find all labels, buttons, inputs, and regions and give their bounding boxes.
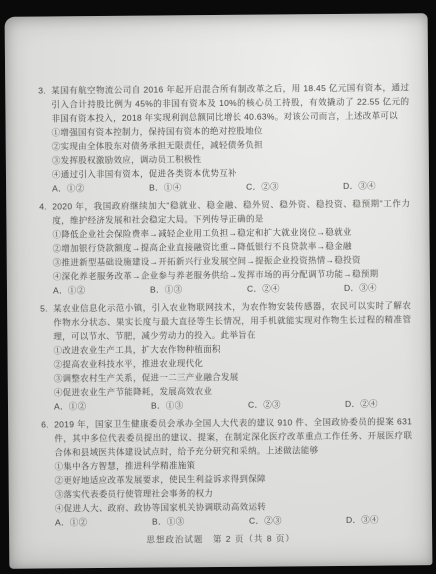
answer-choices: A．①② B．①③ C．②③ D．③④ — [55, 512, 413, 529]
choice-a: A．①② — [55, 515, 152, 530]
question-items: ①增强国有资本控制力，保持国有资本的绝对控股地位 ②实现由全体股东对债务承担无限… — [52, 122, 410, 181]
question-5: 5. 某农业信息化示范小镇，引入农业物联网技术，为农作物安装传感器，农民可以实时… — [40, 298, 412, 413]
choice-c: C．②④ — [247, 281, 344, 296]
exam-paper-page: 3. 某国有航空物流公司自 2016 年起开启混合所有制改革之后，用 18.45… — [5, 13, 433, 569]
question-stem: 2020 年，我国政府继续加大“稳就业、稳金融、稳外贸、稳外资、稳投资、稳预期”… — [52, 196, 410, 227]
choice-d: D．③④ — [344, 281, 377, 295]
choice-c: C．②③ — [249, 513, 346, 528]
question-items: ①降低企业社会保险费率→减轻企业用工负担→稳定和扩大就业岗位→稳就业 ②增加银行… — [52, 224, 410, 283]
question-number: 6. — [41, 417, 49, 431]
question-items: ①集中各方智慧，推进科学精准施策 ②更好地适应改革发展要求，使民生利益诉求得到保… — [54, 456, 412, 515]
answer-choices: A．①② B．①④ C．②③ D．③④ — [52, 178, 410, 195]
question-stem: 某国有航空物流公司自 2016 年起开启混合所有制改革之后，用 18.45 亿元… — [51, 80, 409, 125]
choice-c: C．②③ — [246, 179, 343, 194]
choice-b: B．①④ — [149, 180, 246, 195]
question-number: 4. — [39, 199, 47, 213]
answer-choices: A．①② B．①③ C．②④ D．③④ — [53, 280, 411, 297]
photo-background: 3. 某国有航空物流公司自 2016 年起开启混合所有制改革之后，用 18.45… — [0, 0, 436, 574]
choice-b: B．①③ — [150, 282, 247, 297]
question-items: ①改进农业生产工具，扩大农作物种植面积 ②提高农业科技水平，推进农业现代化 ③调… — [53, 340, 411, 399]
choice-a: A．①② — [53, 283, 150, 298]
choice-b: B．①③ — [152, 514, 249, 529]
question-4: 4. 2020 年，我国政府继续加大“稳就业、稳金融、稳外贸、稳外资、稳投资、稳… — [39, 196, 411, 297]
answer-choices: A．①② B．①③ C．②③ D．②④ — [54, 396, 412, 413]
question-stem: 某农业信息化示范小镇，引入农业物联网技术，为农作物安装传感器，农民可以实时了解农… — [53, 298, 411, 343]
choice-d: D．②④ — [345, 397, 378, 411]
choice-b: B．①③ — [151, 398, 248, 413]
page-footer: 思想政治试题 第 2 页（共 8 页） — [9, 531, 432, 547]
page-content: 3. 某国有航空物流公司自 2016 年起开启混合所有制改革之后，用 18.45… — [38, 80, 413, 533]
choice-a: A．①② — [52, 181, 149, 196]
choice-a: A．①② — [54, 399, 151, 414]
choice-d: D．③④ — [346, 513, 379, 527]
choice-d: D．③④ — [343, 179, 376, 193]
choice-c: C．②③ — [248, 397, 345, 412]
question-number: 3. — [38, 83, 46, 97]
question-stem: 2019 年，国家卫生健康委员会承办全国人大代表的建议 910 件、全国政协委员… — [54, 414, 412, 459]
question-3: 3. 某国有航空物流公司自 2016 年起开启混合所有制改革之后，用 18.45… — [38, 80, 410, 195]
question-number: 5. — [40, 301, 48, 315]
question-6: 6. 2019 年，国家卫生健康委员会承办全国人大代表的建议 910 件、全国政… — [41, 414, 413, 529]
